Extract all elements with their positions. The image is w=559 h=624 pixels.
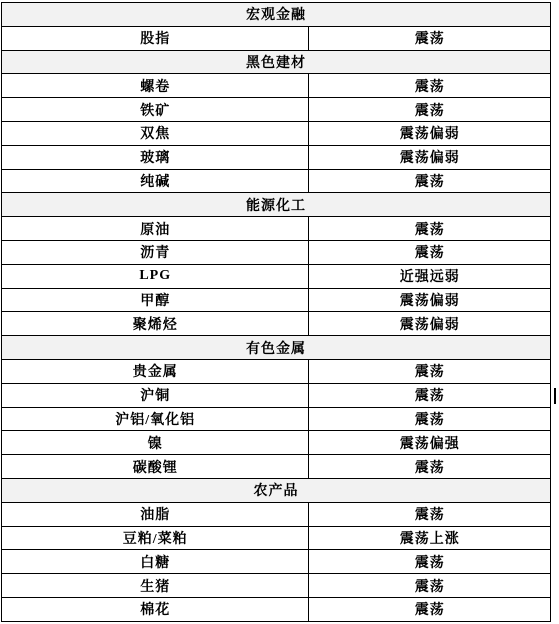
table-row: 原油震荡: [2, 217, 551, 241]
outlook-cell: 震荡: [309, 98, 551, 122]
section-header-row: 黑色建材: [2, 50, 551, 74]
table-row: 双焦震荡偏弱: [2, 121, 551, 145]
table-row: 铁矿震荡: [2, 98, 551, 122]
commodity-cell: LPG: [2, 264, 309, 288]
section-header: 有色金属: [2, 336, 551, 360]
table-row: 玻璃震荡偏弱: [2, 145, 551, 169]
section-header-row: 农产品: [2, 478, 551, 502]
table-row: 沪铝/氧化铝震荡: [2, 407, 551, 431]
outlook-cell: 震荡: [309, 240, 551, 264]
commodity-cell: 聚烯烃: [2, 312, 309, 336]
table-row: 纯碱震荡: [2, 169, 551, 193]
table-row: 镍震荡偏强: [2, 431, 551, 455]
section-header: 宏观金融: [2, 3, 551, 27]
section-header-row: 有色金属: [2, 336, 551, 360]
commodity-cell: 铁矿: [2, 98, 309, 122]
text-cursor: [554, 388, 556, 404]
outlook-cell: 震荡: [309, 359, 551, 383]
document-page: 宏观金融股指震荡黑色建材螺卷震荡铁矿震荡双焦震荡偏弱玻璃震荡偏弱纯碱震荡能源化工…: [0, 2, 559, 624]
table-row: 沥青震荡: [2, 240, 551, 264]
outlook-cell: 震荡: [309, 217, 551, 241]
commodity-cell: 甲醇: [2, 288, 309, 312]
section-header: 农产品: [2, 478, 551, 502]
outlook-cell: 震荡: [309, 169, 551, 193]
outlook-cell: 震荡: [309, 383, 551, 407]
table-row: 棉花震荡: [2, 597, 551, 621]
commodity-cell: 棉花: [2, 597, 309, 621]
outlook-cell: 震荡: [309, 502, 551, 526]
commodity-cell: 玻璃: [2, 145, 309, 169]
section-header-row: 能源化工: [2, 193, 551, 217]
commodity-cell: 豆粕/菜粕: [2, 526, 309, 550]
outlook-cell: 震荡: [309, 550, 551, 574]
table-row: 白糖震荡: [2, 550, 551, 574]
commodity-cell: 生猪: [2, 574, 309, 598]
outlook-cell: 震荡偏弱: [309, 312, 551, 336]
table-row: 甲醇震荡偏弱: [2, 288, 551, 312]
outlook-cell: 震荡: [309, 574, 551, 598]
outlook-cell: 震荡偏弱: [309, 145, 551, 169]
section-header-row: 宏观金融: [2, 3, 551, 27]
table-row: 贵金属震荡: [2, 359, 551, 383]
section-header: 能源化工: [2, 193, 551, 217]
table-row: 生猪震荡: [2, 574, 551, 598]
commodity-cell: 原油: [2, 217, 309, 241]
commodity-cell: 碳酸锂: [2, 455, 309, 479]
table-row: 碳酸锂震荡: [2, 455, 551, 479]
outlook-cell: 近强远弱: [309, 264, 551, 288]
commodity-cell: 油脂: [2, 502, 309, 526]
outlook-cell: 震荡: [309, 597, 551, 621]
outlook-cell: 震荡偏弱: [309, 288, 551, 312]
outlook-cell: 震荡偏强: [309, 431, 551, 455]
commodity-cell: 股指: [2, 26, 309, 50]
table-row: 油脂震荡: [2, 502, 551, 526]
commodity-cell: 沪铜: [2, 383, 309, 407]
outlook-cell: 震荡: [309, 455, 551, 479]
table-row: LPG近强远弱: [2, 264, 551, 288]
outlook-cell: 震荡: [309, 26, 551, 50]
section-header: 黑色建材: [2, 50, 551, 74]
commodity-cell: 螺卷: [2, 74, 309, 98]
commodity-cell: 纯碱: [2, 169, 309, 193]
outlook-cell: 震荡: [309, 407, 551, 431]
commodity-cell: 镍: [2, 431, 309, 455]
outlook-cell: 震荡偏弱: [309, 121, 551, 145]
table-row: 沪铜震荡: [2, 383, 551, 407]
outlook-cell: 震荡上涨: [309, 526, 551, 550]
commodity-cell: 白糖: [2, 550, 309, 574]
table-row: 螺卷震荡: [2, 74, 551, 98]
table-row: 聚烯烃震荡偏弱: [2, 312, 551, 336]
commodity-cell: 沪铝/氧化铝: [2, 407, 309, 431]
table-row: 豆粕/菜粕震荡上涨: [2, 526, 551, 550]
commodity-outlook-table: 宏观金融股指震荡黑色建材螺卷震荡铁矿震荡双焦震荡偏弱玻璃震荡偏弱纯碱震荡能源化工…: [1, 2, 551, 622]
table-row: 股指震荡: [2, 26, 551, 50]
commodity-cell: 沥青: [2, 240, 309, 264]
commodity-cell: 贵金属: [2, 359, 309, 383]
outlook-cell: 震荡: [309, 74, 551, 98]
commodity-cell: 双焦: [2, 121, 309, 145]
